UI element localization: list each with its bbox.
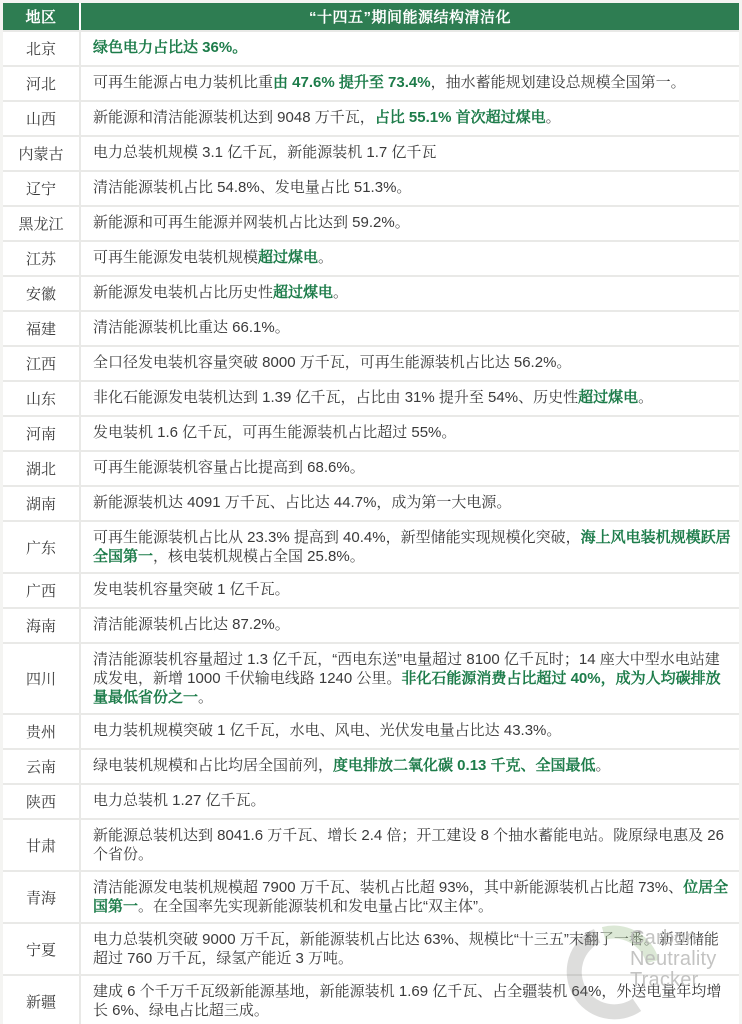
text-segment: 绿电装机规模和占比均居全国前列， [93, 757, 333, 774]
text-segment: 。 [318, 249, 333, 266]
text-segment: 。 [333, 284, 348, 301]
region-cell: 湖北 [3, 452, 79, 485]
region-detail-cell: 清洁能源发电装机规模超 7900 万千瓦、装机占比超 93%，其中新能源装机占比… [81, 872, 739, 922]
region-cell: 安徽 [3, 277, 79, 310]
highlighted-text-segment: 超过煤电 [258, 249, 318, 266]
region-cell: 陕西 [3, 785, 79, 818]
table-row: 四川 清洁能源装机容量超过 1.3 亿千瓦，“西电东送”电量超过 8100 亿千… [3, 644, 739, 713]
header-region-cell: 地区 [3, 3, 79, 30]
table-row: 山西 新能源和清洁能源装机达到 9048 万千瓦，占比 55.1% 首次超过煤电… [3, 102, 739, 135]
region-detail-cell: 可再生能源装机容量占比提高到 68.6%。 [81, 452, 739, 485]
text-segment: 电力装机规模突破 1 亿千瓦，水电、风电、光伏发电量占比达 43.3%。 [93, 722, 561, 739]
region-detail-cell: 非化石能源发电装机达到 1.39 亿千瓦，占比由 31% 提升至 54%、历史性… [81, 382, 739, 415]
text-segment: 建成 6 个千万千瓦级新能源基地，新能源装机 1.69 亿千瓦、占全疆装机 64… [93, 983, 721, 1019]
table-row: 甘肃 新能源总装机达到 8041.6 万千瓦、增长 2.4 倍；开工建设 8 个… [3, 820, 739, 870]
region-detail-cell: 可再生能源装机占比从 23.3% 提高到 40.4%，新型储能实现规模化突破，海… [81, 522, 739, 572]
text-segment: 新能源和可再生能源并网装机占比达到 59.2%。 [93, 214, 410, 231]
region-cell: 北京 [3, 32, 79, 65]
text-segment: 。 [198, 689, 213, 706]
text-segment: 电力总装机 1.27 亿千瓦。 [93, 792, 266, 809]
region-detail-cell: 清洁能源装机占比达 87.2%。 [81, 609, 739, 642]
table-row: 江苏 可再生能源发电装机规模超过煤电。 [3, 242, 739, 275]
text-segment: 非化石能源发电装机达到 1.39 亿千瓦，占比由 31% 提升至 54%、历史性 [93, 389, 578, 406]
region-detail-cell: 发电装机 1.6 亿千瓦，可再生能源装机占比超过 55%。 [81, 417, 739, 450]
text-segment: 发电装机容量突破 1 亿千瓦。 [93, 581, 290, 598]
text-segment: 。 [638, 389, 653, 406]
text-segment: 电力总装机规模 3.1 亿千瓦，新能源装机 1.7 亿千瓦 [93, 144, 436, 161]
text-segment: 电力总装机突破 9000 万千瓦，新能源装机占比达 63%、规模比“十三五”末翻… [93, 931, 719, 967]
region-cell: 河北 [3, 67, 79, 100]
table-row: 青海 清洁能源发电装机规模超 7900 万千瓦、装机占比超 93%，其中新能源装… [3, 872, 739, 922]
region-detail-cell: 新能源和清洁能源装机达到 9048 万千瓦，占比 55.1% 首次超过煤电。 [81, 102, 739, 135]
region-detail-cell: 全口径发电装机容量突破 8000 万千瓦，可再生能源装机占比达 56.2%。 [81, 347, 739, 380]
region-cell: 内蒙古 [3, 137, 79, 170]
text-segment: 可再生能源装机占比从 23.3% 提高到 40.4%，新型储能实现规模化突破， [93, 529, 581, 546]
text-segment: 新能源总装机达到 8041.6 万千瓦、增长 2.4 倍；开工建设 8 个抽水蓄… [93, 827, 724, 863]
region-detail-cell: 电力总装机 1.27 亿千瓦。 [81, 785, 739, 818]
region-detail-cell: 电力总装机规模 3.1 亿千瓦，新能源装机 1.7 亿千瓦 [81, 137, 739, 170]
table-row: 北京 绿色电力占比达 36%。 [3, 32, 739, 65]
text-segment: 新能源发电装机占比历史性 [93, 284, 273, 301]
highlighted-text-segment: 绿色电力占比达 36%。 [93, 39, 247, 56]
table-header: 地区 “十四五”期间能源结构清洁化 [3, 3, 739, 30]
text-segment: 新能源装机达 4091 万千瓦、占比达 44.7%，成为第一大电源。 [93, 494, 511, 511]
table-row: 河南 发电装机 1.6 亿千瓦，可再生能源装机占比超过 55%。 [3, 417, 739, 450]
highlighted-text-segment: 度电排放二氧化碳 0.13 千克、全国最低 [333, 757, 596, 774]
text-segment: 可再生能源发电装机规模 [93, 249, 258, 266]
region-cell: 河南 [3, 417, 79, 450]
table-row: 云南 绿电装机规模和占比均居全国前列，度电排放二氧化碳 0.13 千克、全国最低… [3, 750, 739, 783]
region-detail-cell: 可再生能源占电力装机比重由 47.6% 提升至 73.4%，抽水蓄能规划建设总规… [81, 67, 739, 100]
region-detail-cell: 绿电装机规模和占比均居全国前列，度电排放二氧化碳 0.13 千克、全国最低。 [81, 750, 739, 783]
report-table-page: 地区 “十四五”期间能源结构清洁化 北京 绿色电力占比达 36%。 河北 可再生… [0, 0, 742, 1024]
table-row: 贵州 电力装机规模突破 1 亿千瓦，水电、风电、光伏发电量占比达 43.3%。 [3, 715, 739, 748]
table-row: 安徽 新能源发电装机占比历史性超过煤电。 [3, 277, 739, 310]
text-segment: ，核电装机规模占全国 25.8%。 [153, 548, 365, 565]
text-segment: 清洁能源装机比重达 66.1%。 [93, 319, 290, 336]
region-cell: 新疆 [3, 976, 79, 1024]
table-row: 河北 可再生能源占电力装机比重由 47.6% 提升至 73.4%，抽水蓄能规划建… [3, 67, 739, 100]
text-segment: 新能源和清洁能源装机达到 9048 万千瓦， [93, 109, 375, 126]
region-detail-cell: 新能源总装机达到 8041.6 万千瓦、增长 2.4 倍；开工建设 8 个抽水蓄… [81, 820, 739, 870]
text-segment: ，抽水蓄能规划建设总规模全国第一。 [431, 74, 686, 91]
region-detail-cell: 新能源发电装机占比历史性超过煤电。 [81, 277, 739, 310]
table-row: 广西 发电装机容量突破 1 亿千瓦。 [3, 574, 739, 607]
highlighted-text-segment: 超过煤电 [578, 389, 638, 406]
table-row: 湖北 可再生能源装机容量占比提高到 68.6%。 [3, 452, 739, 485]
table-row: 江西 全口径发电装机容量突破 8000 万千瓦，可再生能源装机占比达 56.2%… [3, 347, 739, 380]
region-detail-cell: 清洁能源装机占比 54.8%、发电量占比 51.3%。 [81, 172, 739, 205]
table-row: 新疆 建成 6 个千万千瓦级新能源基地，新能源装机 1.69 亿千瓦、占全疆装机… [3, 976, 739, 1024]
table-row: 湖南 新能源装机达 4091 万千瓦、占比达 44.7%，成为第一大电源。 [3, 487, 739, 520]
region-cell: 黑龙江 [3, 207, 79, 240]
text-segment: 清洁能源发电装机规模超 7900 万千瓦、装机占比超 93%，其中新能源装机占比… [93, 879, 683, 896]
region-cell: 广东 [3, 522, 79, 572]
region-detail-cell: 可再生能源发电装机规模超过煤电。 [81, 242, 739, 275]
table-row: 广东 可再生能源装机占比从 23.3% 提高到 40.4%，新型储能实现规模化突… [3, 522, 739, 572]
region-cell: 山东 [3, 382, 79, 415]
table-row: 辽宁 清洁能源装机占比 54.8%、发电量占比 51.3%。 [3, 172, 739, 205]
table-row: 黑龙江 新能源和可再生能源并网装机占比达到 59.2%。 [3, 207, 739, 240]
region-detail-cell: 新能源和可再生能源并网装机占比达到 59.2%。 [81, 207, 739, 240]
text-segment: 清洁能源装机占比 54.8%、发电量占比 51.3%。 [93, 179, 411, 196]
table-row: 福建 清洁能源装机比重达 66.1%。 [3, 312, 739, 345]
region-cell: 湖南 [3, 487, 79, 520]
energy-structure-table: 地区 “十四五”期间能源结构清洁化 北京 绿色电力占比达 36%。 河北 可再生… [3, 3, 739, 1024]
region-cell: 甘肃 [3, 820, 79, 870]
region-cell: 福建 [3, 312, 79, 345]
region-cell: 江西 [3, 347, 79, 380]
text-segment: 可再生能源占电力装机比重 [93, 74, 273, 91]
region-cell: 山西 [3, 102, 79, 135]
table-row: 海南 清洁能源装机占比达 87.2%。 [3, 609, 739, 642]
highlighted-text-segment: 由 47.6% 提升至 73.4% [273, 74, 431, 91]
highlighted-text-segment: 超过煤电 [273, 284, 333, 301]
region-cell: 辽宁 [3, 172, 79, 205]
region-cell: 四川 [3, 644, 79, 713]
text-segment: 可再生能源装机容量占比提高到 68.6%。 [93, 459, 365, 476]
region-cell: 海南 [3, 609, 79, 642]
table-row: 内蒙古 电力总装机规模 3.1 亿千瓦，新能源装机 1.7 亿千瓦 [3, 137, 739, 170]
table-row: 山东 非化石能源发电装机达到 1.39 亿千瓦，占比由 31% 提升至 54%、… [3, 382, 739, 415]
region-detail-cell: 电力装机规模突破 1 亿千瓦，水电、风电、光伏发电量占比达 43.3%。 [81, 715, 739, 748]
text-segment: 发电装机 1.6 亿千瓦，可再生能源装机占比超过 55%。 [93, 424, 456, 441]
region-cell: 贵州 [3, 715, 79, 748]
region-cell: 青海 [3, 872, 79, 922]
region-detail-cell: 绿色电力占比达 36%。 [81, 32, 739, 65]
region-detail-cell: 建成 6 个千万千瓦级新能源基地，新能源装机 1.69 亿千瓦、占全疆装机 64… [81, 976, 739, 1024]
region-cell: 云南 [3, 750, 79, 783]
region-detail-cell: 清洁能源装机比重达 66.1%。 [81, 312, 739, 345]
header-content-cell: “十四五”期间能源结构清洁化 [81, 3, 739, 30]
region-cell: 广西 [3, 574, 79, 607]
highlighted-text-segment: 占比 55.1% 首次超过煤电 [375, 109, 546, 126]
region-detail-cell: 清洁能源装机容量超过 1.3 亿千瓦，“西电东送”电量超过 8100 亿千瓦时；… [81, 644, 739, 713]
table-body: 北京 绿色电力占比达 36%。 河北 可再生能源占电力装机比重由 47.6% 提… [3, 32, 739, 1024]
text-segment: 。 [596, 757, 611, 774]
table-row: 宁夏 电力总装机突破 9000 万千瓦，新能源装机占比达 63%、规模比“十三五… [3, 924, 739, 974]
region-detail-cell: 电力总装机突破 9000 万千瓦，新能源装机占比达 63%、规模比“十三五”末翻… [81, 924, 739, 974]
text-segment: 全口径发电装机容量突破 8000 万千瓦，可再生能源装机占比达 56.2%。 [93, 354, 571, 371]
text-segment: 。在全国率先实现新能源装机和发电量占比“双主体”。 [138, 898, 493, 915]
text-segment: 。 [546, 109, 561, 126]
text-segment: 清洁能源装机占比达 87.2%。 [93, 616, 290, 633]
table-row: 陕西 电力总装机 1.27 亿千瓦。 [3, 785, 739, 818]
region-cell: 宁夏 [3, 924, 79, 974]
region-detail-cell: 发电装机容量突破 1 亿千瓦。 [81, 574, 739, 607]
region-cell: 江苏 [3, 242, 79, 275]
region-detail-cell: 新能源装机达 4091 万千瓦、占比达 44.7%，成为第一大电源。 [81, 487, 739, 520]
